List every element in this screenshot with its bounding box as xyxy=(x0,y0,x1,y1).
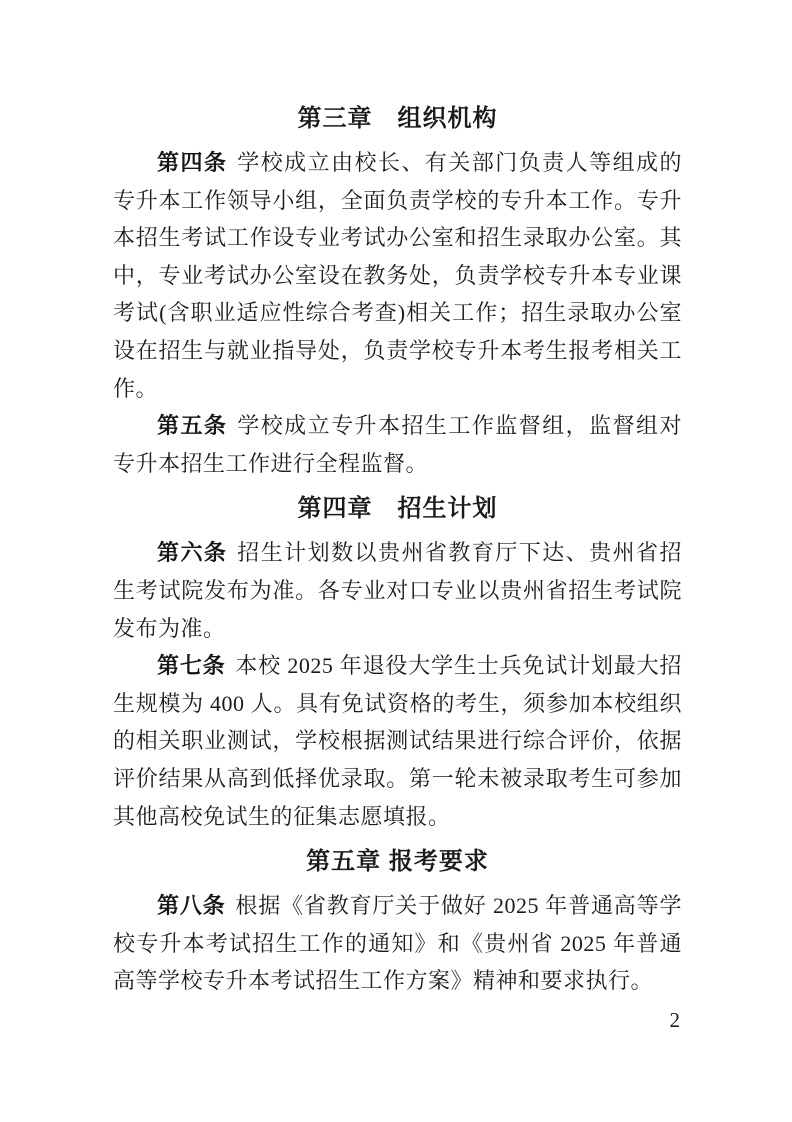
article-label-5: 第五条 xyxy=(157,413,227,438)
paragraph-article-7: 第七条本校 2025 年退役大学生士兵免试计划最大招生规模为 400 人。具有免… xyxy=(113,647,682,835)
article-label-6: 第六条 xyxy=(157,540,227,565)
paragraph-article-5: 第五条学校成立专升本招生工作监督组，监督组对专升本招生工作进行全程监督。 xyxy=(113,407,682,482)
article-text-4: 学校成立由校长、有关部门负责人等组成的专升本工作领导小组，全面负责学校的专升本工… xyxy=(113,150,682,401)
article-label-7: 第七条 xyxy=(157,653,226,678)
paragraph-article-8: 第八条根据《省教育厅关于做好 2025 年普通高等学校专升本考试招生工作的通知》… xyxy=(113,887,682,1000)
paragraph-article-6: 第六条招生计划数以贵州省教育厅下达、贵州省招生考试院发布为准。各专业对口专业以贵… xyxy=(113,534,682,647)
chapter-heading-5: 第五章 报考要求 xyxy=(113,845,682,879)
article-text-7: 本校 2025 年退役大学生士兵免试计划最大招生规模为 400 人。具有免试资格… xyxy=(113,653,682,828)
article-label-8: 第八条 xyxy=(157,893,226,918)
document-page: 第三章 组织机构 第四条学校成立由校长、有关部门负责人等组成的专升本工作领导小组… xyxy=(0,0,792,1122)
paragraph-article-4: 第四条学校成立由校长、有关部门负责人等组成的专升本工作领导小组，全面负责学校的专… xyxy=(113,144,682,407)
chapter-heading-4: 第四章 招生计划 xyxy=(113,492,682,526)
chapter-heading-3: 第三章 组织机构 xyxy=(113,102,682,136)
page-number: 2 xyxy=(670,1008,681,1033)
article-label-4: 第四条 xyxy=(157,150,227,175)
